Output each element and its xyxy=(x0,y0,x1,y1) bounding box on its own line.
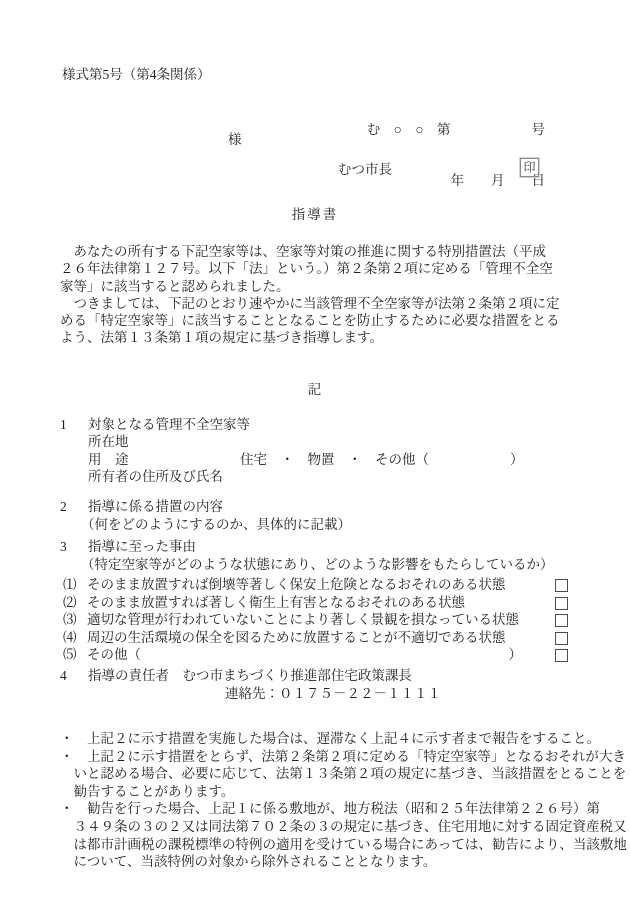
notes-line: ３４９条の３の２又は同法第７０２条の３の規定に基づき、住宅用地に対する固定資産税… xyxy=(60,818,570,836)
section-3-note: （特定空家等がどのような状態にあり、どのような影響をもたらしているか） xyxy=(81,556,568,574)
reason-text: 適切な管理が行われていないことにより著しく景観を損なっている状態 xyxy=(87,611,519,629)
section-4: 4 指導の責任者 むつ市まちづくり推進部住宅政策課長 連絡先：０１７５－２２－１… xyxy=(60,667,568,702)
reason-row: ⑷ 周辺の生活環境の保全を図るために放置することが不適切である状態 xyxy=(60,629,568,647)
section-3-title: 指導に至った事由 xyxy=(88,538,196,556)
reason-checkbox-2[interactable] xyxy=(555,597,568,610)
document-page: 様式第5号（第4条関係） む ○ ○ 第 号 年 月 日 様 むつ市長 印 指導… xyxy=(0,0,630,903)
reason-row: ⑴ そのまま放置すれば倒壊等著しく保安上危険となるおそれのある状態 xyxy=(60,576,568,594)
reason-checkbox-1[interactable] xyxy=(555,579,568,592)
document-number-line: む ○ ○ 第 号 xyxy=(60,121,545,138)
reason-text: 周辺の生活環境の保全を図るために放置することが不適切である状態 xyxy=(87,629,506,647)
notes-line: ・ 上記２に示す措置を実施した場合は、遅滞なく上記４に示す者まで報告をすること。 xyxy=(60,730,570,748)
form-number: 様式第5号（第4条関係） xyxy=(62,66,211,84)
section-4-title: 指導の責任者 むつ市まちづくり推進部住宅政策課長 xyxy=(88,667,412,685)
reason-row: ⑸ その他（ ） xyxy=(60,646,568,664)
section-3-number: 3 xyxy=(60,538,88,556)
addressee-honorific: 様 xyxy=(228,131,242,149)
reason-list: ⑴ そのまま放置すれば倒壊等著しく保安上危険となるおそれのある状態 ⑵ そのまま… xyxy=(60,576,568,664)
body-line: 家等」に該当すると認められました。 xyxy=(60,278,570,295)
seal-box-icon: 印 xyxy=(520,158,539,177)
body-line: ２６年法律第１２７号。以下「法」という。）第２条第２項に定める「管理不全空 xyxy=(60,260,570,277)
section-3: 3 指導に至った事由 （特定空家等がどのような状態にあり、どのような影響をもたら… xyxy=(60,538,568,573)
use-label: 用 途 xyxy=(88,451,240,468)
reason-number: ⑷ xyxy=(63,629,87,647)
document-title: 指導書 xyxy=(0,206,630,224)
notes-line: ・ 上記２に示す措置をとらず、法第２条第２項に定める「特定空家等」となるおそれが… xyxy=(60,748,570,766)
section-2-note: （何をどのようにするのか、具体的に記載） xyxy=(81,516,568,534)
reason-row: ⑵ そのまま放置すれば著しく衛生上有害となるおそれのある状態 xyxy=(60,594,568,612)
reason-checkbox-3[interactable] xyxy=(555,614,568,627)
section-2: 2 指導に係る措置の内容 （何をどのようにするのか、具体的に記載） xyxy=(60,498,568,533)
reason-text: そのまま放置すれば著しく衛生上有害となるおそれのある状態 xyxy=(87,594,465,612)
reason-row: ⑶ 適切な管理が行われていないことにより著しく景観を損なっている状態 xyxy=(60,611,568,629)
section-1: 1 対象となる管理不全空家等 所在地 用 途 住宅 ・ 物置 ・ その他（ ） … xyxy=(60,416,568,486)
reason-checkbox-5[interactable] xyxy=(555,649,568,662)
document-number-block: む ○ ○ 第 号 年 月 日 xyxy=(60,87,545,223)
notes-block: ・ 上記２に示す措置を実施した場合は、遅滞なく上記４に示す者まで報告をすること。… xyxy=(60,730,570,871)
notes-line: について、当該特例の対象から除外されることとなります。 xyxy=(60,853,570,871)
reason-text: その他（ xyxy=(87,646,141,664)
reason-number: ⑵ xyxy=(63,594,87,612)
body-line: よう、法第１３条第１項の規定に基づき指導します。 xyxy=(60,329,570,346)
reason-number: ⑴ xyxy=(63,576,87,594)
reason-number: ⑸ xyxy=(63,646,87,664)
sender-title: むつ市長 xyxy=(338,161,392,179)
section-2-number: 2 xyxy=(60,498,88,516)
owner-label: 所有者の住所及び氏名 xyxy=(88,468,568,485)
section-1-title: 対象となる管理不全空家等 xyxy=(88,416,250,433)
reason-number: ⑶ xyxy=(63,611,87,629)
notes-line: いと認める場合、必要に応じて、法第１３条第２項の規定に基づき、当該措置をとること… xyxy=(60,765,570,783)
section-4-number: 4 xyxy=(60,667,88,685)
reason-close-paren: ） xyxy=(509,646,523,664)
reason-text: そのまま放置すれば倒壊等著しく保安上危険となるおそれのある状態 xyxy=(87,576,506,594)
ki-heading: 記 xyxy=(0,381,630,399)
reason-checkbox-4[interactable] xyxy=(555,632,568,645)
use-options: 住宅 ・ 物置 ・ その他（ ） xyxy=(240,451,524,468)
notes-line: ・ 勧告を行った場合、上記１に係る敷地が、地方税法（昭和２５年法律第２２６号）第 xyxy=(60,800,570,818)
body-paragraph: あなたの所有する下記空家等は、空家等対策の推進に関する特別措置法（平成 ２６年法… xyxy=(60,243,570,347)
notes-line: は都市計画税の課税標準の特例の適用を受けている場合にあっては、勧告により、当該敷… xyxy=(60,836,570,854)
contact-line: 連絡先：０１７５－２２－１１１１ xyxy=(225,685,568,703)
section-1-number: 1 xyxy=(60,416,88,433)
location-label: 所在地 xyxy=(88,433,568,450)
body-line: あなたの所有する下記空家等は、空家等対策の推進に関する特別措置法（平成 xyxy=(60,243,570,260)
body-line: める「特定空家等」に該当することとなることを防止するために必要な措置をとる xyxy=(60,312,570,329)
date-line: 年 月 日 xyxy=(60,172,545,189)
body-line: つきましては、下記のとおり速やかに当該管理不全空家等が法第２条第２項に定 xyxy=(60,295,570,312)
section-2-title: 指導に係る措置の内容 xyxy=(88,498,223,516)
notes-line: 勧告することがあります。 xyxy=(60,783,570,801)
